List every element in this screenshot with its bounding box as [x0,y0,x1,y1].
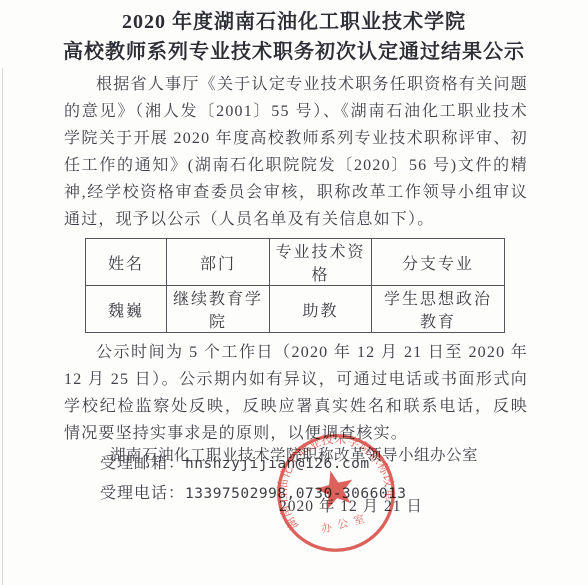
table-row: 魏巍 继续教育学院 助教 学生思想政治教育 [86,286,505,333]
header-department: 部门 [167,239,270,286]
header-name: 姓名 [86,239,167,286]
stamp-star-icon [312,466,358,510]
title-line-2: 高校教师系列专业技术职务初次认定通过结果公示 [0,37,588,67]
stamp-center-text: 办公室 [319,510,371,536]
cell-name: 魏巍 [86,286,167,333]
cell-department: 继续教育学院 [167,286,270,333]
title-line-1: 2020 年度湖南石油化工职业技术学院 [0,7,588,37]
cell-qualification: 助教 [270,286,372,333]
document-page: 2020 年度湖南石油化工职业技术学院 高校教师系列专业技术职务初次认定通过结果… [0,0,588,585]
header-qualification: 专业技术资格 [270,239,372,286]
paragraph-basis: 根据省人事厅《关于认定专业技术职务任职资格有关问题的意见》（湘人发〔2001〕5… [64,71,528,233]
scan-edge-artifact [2,68,3,585]
phone-label: 受理电话： [100,485,185,502]
paragraph-notice: 公示时间为 5 个工作日（2020 年 12 月 21 日至 2020 年 12… [64,339,528,447]
header-branch-major: 分支专业 [372,239,505,286]
cell-branch-major: 学生思想政治教育 [372,286,505,333]
table-header-row: 姓名 部门 专业技术资格 分支专业 [86,239,505,286]
document-title: 2020 年度湖南石油化工职业技术学院 高校教师系列专业技术职务初次认定通过结果… [0,0,588,67]
result-table: 姓名 部门 专业技术资格 分支专业 魏巍 继续教育学院 助教 学生思想政治教育 [85,238,505,333]
